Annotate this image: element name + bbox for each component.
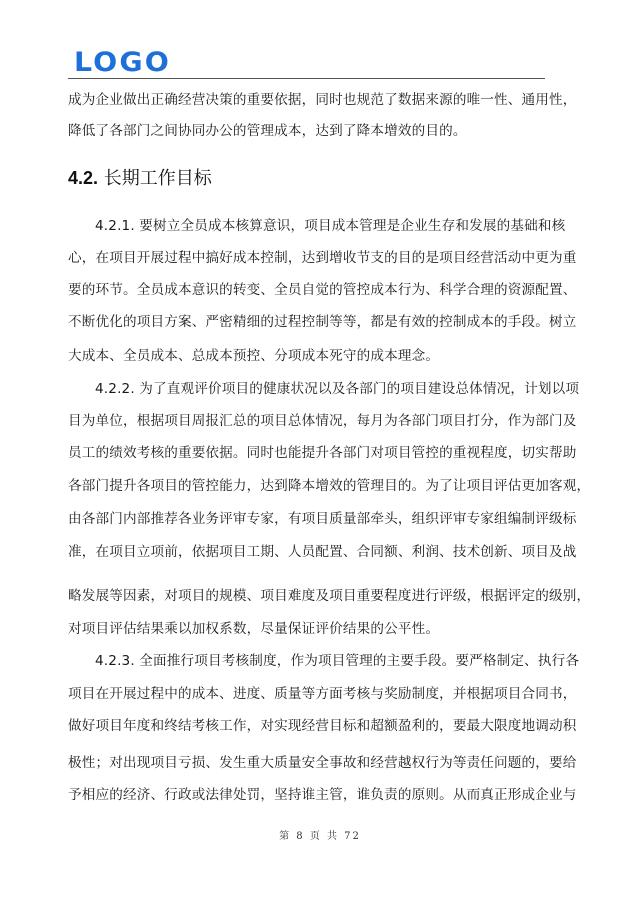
- paragraph-line: 准，在项目立项前，依据项目工期、人员配置、合同额、利润、技术创新、项目及战: [68, 543, 577, 561]
- section-number: 4.2.: [68, 168, 98, 188]
- paragraph-line: 目为单位，根据项目周报汇总的项目总体情况，每月为各部门项目打分，作为部门及: [68, 412, 577, 430]
- section-title: 长期工作目标: [104, 168, 212, 189]
- paragraph-line: 对项目评估结果乘以加权系数，尽量保证评价结果的公平性。: [68, 620, 439, 638]
- paragraph-line: 4.2.1. 要树立全员成本核算意识，项目成本管理是企业生存和发展的基础和核: [95, 217, 565, 235]
- paragraph-line: 做好项目年度和终结考核工作，对实现经营目标和超额盈利的，要最大限度地调动积: [68, 717, 577, 735]
- paragraph-line: 4.2.2. 为了直观评价项目的健康状况以及各部门的项目建设总体情况，计划以项: [95, 380, 579, 398]
- paragraph-line: 要的环节。全员成本意识的转变、全员自觉的管控成本行为、科学合理的资源配置、: [68, 281, 577, 299]
- paragraph-line: 略发展等因素，对项目的规模、项目难度及项目重要程度进行评级，根据评定的级别，: [68, 587, 590, 605]
- page-number: 第 8 页 共 72: [0, 827, 640, 842]
- paragraph-line: 极性；对出现项目亏损、发生重大质量安全事故和经营越权行为等责任问题的，要给: [68, 754, 577, 772]
- paragraph-line: 项目在开展过程中的成本、进度、质量等方面考核与奖励制度，并根据项目合同书，: [68, 685, 577, 703]
- logo: LOGO: [74, 50, 171, 76]
- paragraph-line: 由各部门内部推荐各业务评审专家，有项目质量部牵头，组织评审专家组编制评级标: [68, 510, 577, 528]
- paragraph-line: 4.2.3. 全面推行项目考核制度，作为项目管理的主要手段。要严格制定、执行各: [95, 652, 579, 670]
- paragraph-line: 大成本、全员成本、总成本预控、分项成本死守的成本理念。: [68, 347, 439, 365]
- section-heading: 4.2. 长期工作目标: [68, 167, 212, 190]
- intro-line: 成为企业做出正确经营决策的重要依据，同时也规范了数据来源的唯一性、通用性，: [68, 91, 577, 109]
- paragraph-line: 予相应的经济、行政或法律处罚，坚持谁主管，谁负责的原则。从而真正形成企业与: [68, 786, 577, 804]
- paragraph-line: 员工的绩效考核的重要依据。同时也能提升各部门对项目管控的重视程度，切实帮助: [68, 444, 577, 462]
- paragraph-line: 各部门提升各项目的管控能力，达到降本增效的管理目的。为了让项目评估更加客观，: [68, 477, 590, 495]
- paragraph-line: 不断优化的项目方案、严密精细的过程控制等等，都是有效的控制成本的手段。树立: [68, 313, 577, 331]
- paragraph-line: 心，在项目开展过程中搞好成本控制，达到增收节支的目的是项目经营活动中更为重: [68, 249, 577, 267]
- header-divider: [68, 78, 545, 79]
- intro-line: 降低了各部门之间协同办公的管理成本，达到了降本增效的目的。: [68, 122, 467, 140]
